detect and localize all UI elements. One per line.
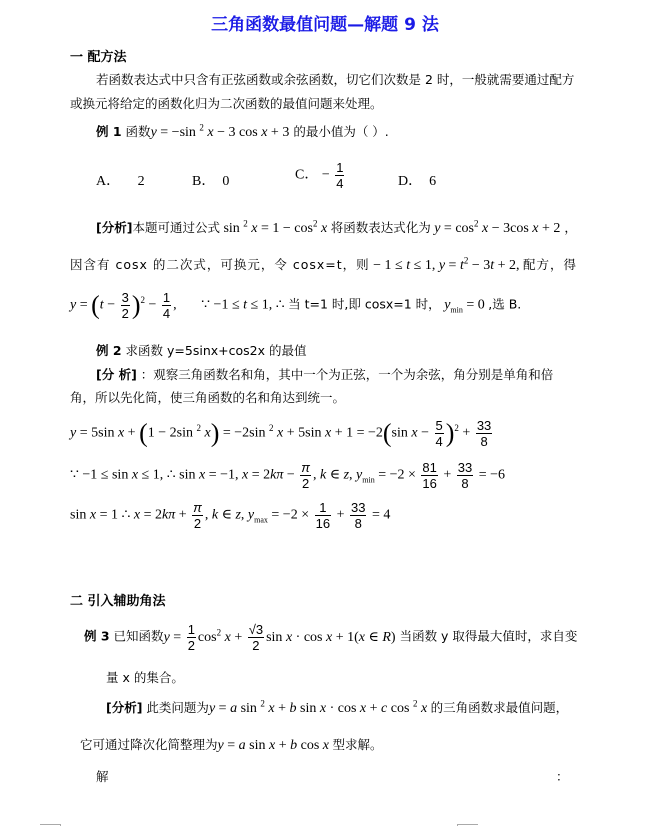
section-heading-1: 一 配方法 (70, 46, 127, 65)
option-a: A． 2 (96, 170, 145, 190)
example-2-step-2: ∵ −1 ≤ sin x ≤ 1, ∴ sin x = −1, x = 2kπ … (70, 460, 505, 491)
example-2-step-1: y = 5sin x + (1 − 2sin 2 x) = −2sin 2 x … (70, 418, 494, 449)
intro-line-1: 若函数表达式中只含有正弦函数或余弦函数，切它们次数是 2 时，一般就需要通过配方 (96, 70, 574, 88)
example-3-analysis-line-1: [分析] 此类问题为y = a sin 2 x + b sin x · cos … (106, 698, 568, 717)
example-3-question: 例 3 已知函数y = 12cos2 x + √32sin x · cos x … (84, 622, 577, 653)
page-title: 三角函数最值问题—解题 9 法 (0, 10, 650, 35)
analysis-label: [分析] (96, 220, 132, 235)
example-2-step-3: sin x = 1 ∴ x = 2kπ + π2, k ∈ z, ymax = … (70, 500, 390, 531)
example-1-analysis-line-2: 因含有 cosx 的二次式，可换元，令 cosx=t，则 − 1 ≤ t ≤ 1… (70, 255, 577, 274)
example-2-analysis-line-2: 角，所以先化简，使三角函数的名和角达到统一。 (70, 388, 345, 406)
option-c: C． − 14 (295, 160, 346, 191)
example-1-prefix: 函数 (126, 124, 151, 139)
example-2-analysis-line-1: [分 析] ：观察三角函数名和角，其中一个为正弦，一个为余弦，角分别是单角和倍 (96, 365, 553, 383)
option-d: D． 6 (398, 170, 436, 190)
solution-colon: ： (556, 767, 569, 785)
option-b: B． 0 (192, 170, 229, 190)
section-heading-2: 二 引入辅助角法 (70, 590, 166, 609)
intro-line-2: 或换元将给定的函数化归为二次函数的最值问题来处理。 (70, 94, 383, 112)
example-1-formula: y = −sin 2 x − 3 cos x + 3 (151, 125, 290, 140)
example-3-analysis-line-2: 它可通过降次化简整理为y = a sin x + b cos x 型求解。 (80, 735, 383, 754)
solution-label: 解 (96, 767, 109, 785)
example-1-suffix: 的最小值为（ ）. (293, 124, 388, 139)
example-1-question: 例 1 函数y = −sin 2 x − 3 cos x + 3 的最小值为（ … (96, 122, 389, 141)
example-3-line-2: 量 x 的集合。 (106, 668, 184, 686)
example-1-label: 例 1 (96, 124, 122, 139)
example-2-label: 例 2 (96, 343, 122, 358)
example-3-label: 例 3 (84, 629, 110, 644)
example-1-analysis-line-3: y = (t − 32)2 − 14, ∵ −1 ≤ t ≤ 1, ∴ 当 t=… (70, 290, 521, 321)
example-1-analysis-line-1: [分析]本题可通过公式 sin 2 x = 1 − cos2 x 将函数表达式化… (96, 218, 577, 237)
example-2-question: 例 2 求函数 y=5sinx+cos2x 的最值 (96, 341, 306, 359)
